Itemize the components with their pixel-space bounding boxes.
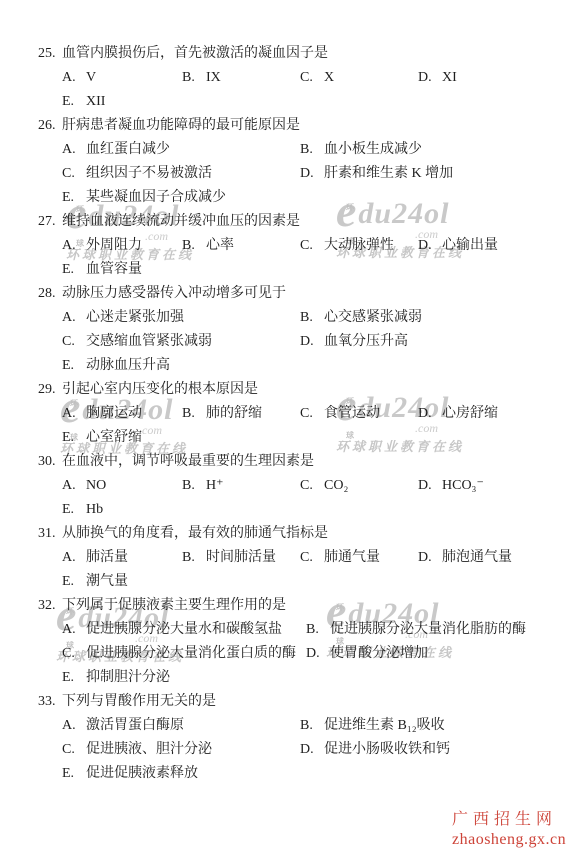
option-text: IX <box>206 70 221 85</box>
option-label: C. <box>300 402 324 426</box>
question-stem: 26.肝病患者凝血功能障碍的最可能原因是 <box>38 114 572 138</box>
option-label: C. <box>62 162 86 186</box>
option: D.心房舒缩 <box>418 402 498 426</box>
option-row: E.Hb <box>38 498 572 522</box>
option-row: E.潮气量 <box>38 570 572 594</box>
option-text: 促进胰腺分泌大量水和碳酸氢盐 <box>86 622 282 637</box>
option: B.时间肺活量 <box>182 546 300 570</box>
option-text: 促进胰液、胆汁分泌 <box>86 742 212 757</box>
option: B.促进维生素 B₁₂吸收 <box>300 714 445 738</box>
option-text: 肺活量 <box>86 550 128 565</box>
option-label: E. <box>62 258 86 282</box>
option-row: A.心迷走紧张加强B.心交感紧张减弱 <box>38 306 572 330</box>
option-text: 某些凝血因子合成减少 <box>86 190 226 205</box>
option-label: E. <box>62 354 86 378</box>
site-stamp: 广西招生网 zhaosheng.gx.cn <box>452 809 566 849</box>
option: B.血小板生成减少 <box>300 138 422 162</box>
option: A.血红蛋白减少 <box>62 138 300 162</box>
option-text: 血管容量 <box>86 262 142 277</box>
question-stem: 29.引起心室内压变化的根本原因是 <box>38 378 572 402</box>
option: B.IX <box>182 66 300 90</box>
option-label: B. <box>182 234 206 258</box>
option-row: C.交感缩血管紧张减弱D.血氧分压升高 <box>38 330 572 354</box>
question-number: 29. <box>38 378 62 402</box>
option: E.心室舒缩 <box>62 426 142 450</box>
option: A.V <box>62 66 182 90</box>
question-number: 32. <box>38 594 62 618</box>
option: C.大动脉弹性 <box>300 234 418 258</box>
option-text: 促进小肠吸收铁和钙 <box>324 742 450 757</box>
question-number: 27. <box>38 210 62 234</box>
option-row: A.肺活量B.时间肺活量C.肺通气量D.肺泡通气量 <box>38 546 572 570</box>
option-label: D. <box>300 162 324 186</box>
option-label: E. <box>62 90 86 114</box>
question-block: 27.维持血液连续流动并缓冲血压的因素是A.外周阻力B.心率C.大动脉弹性D.心… <box>38 210 572 282</box>
question-stem: 31.从肺换气的角度看，最有效的肺通气指标是 <box>38 522 572 546</box>
question-block: 29.引起心室内压变化的根本原因是A.胸廓运动B.肺的舒缩C.食管运动D.心房舒… <box>38 378 572 450</box>
option: C.交感缩血管紧张减弱 <box>62 330 300 354</box>
option-text: 抑制胆汁分泌 <box>86 670 170 685</box>
question-stem-text: 下列属于促胰液素主要生理作用的是 <box>62 598 286 613</box>
option: C.CO₂ <box>300 474 418 498</box>
option-text: 心输出量 <box>442 238 498 253</box>
option-label: A. <box>62 234 86 258</box>
option-row: E.促进促胰液素释放 <box>38 762 572 786</box>
option-row: E.心室舒缩 <box>38 426 572 450</box>
question-number: 33. <box>38 690 62 714</box>
option-row: A.血红蛋白减少B.血小板生成减少 <box>38 138 572 162</box>
option-label: B. <box>182 474 206 498</box>
option: A.促进胰腺分泌大量水和碳酸氢盐 <box>62 618 306 642</box>
option-text: XI <box>442 70 457 85</box>
option-label: D. <box>300 738 324 762</box>
option-label: B. <box>300 306 324 330</box>
question-block: 31.从肺换气的角度看，最有效的肺通气指标是A.肺活量B.时间肺活量C.肺通气量… <box>38 522 572 594</box>
option-text: 心房舒缩 <box>442 406 498 421</box>
option: A.激活胃蛋白酶原 <box>62 714 300 738</box>
option-text: 肺通气量 <box>324 550 380 565</box>
option: A.外周阻力 <box>62 234 182 258</box>
option: E.Hb <box>62 498 103 522</box>
option-label: D. <box>418 66 442 90</box>
question-block: 30.在血液中，调节呼吸最重要的生理因素是A.NOB.H⁺C.CO₂D.HCO₃… <box>38 450 572 522</box>
option-text: 潮气量 <box>86 574 128 589</box>
option-text: 食管运动 <box>324 406 380 421</box>
option-row: E.某些凝血因子合成减少 <box>38 186 572 210</box>
option-label: C. <box>300 66 324 90</box>
option: E.促进促胰液素释放 <box>62 762 198 786</box>
option-text: 大动脉弹性 <box>324 238 394 253</box>
option-row: A.促进胰腺分泌大量水和碳酸氢盐B.促进胰腺分泌大量消化脂肪的酶 <box>38 618 572 642</box>
option-label: A. <box>62 714 86 738</box>
option: C.肺通气量 <box>300 546 418 570</box>
option-text: 血氧分压升高 <box>324 334 408 349</box>
option-text: 肺泡通气量 <box>442 550 512 565</box>
question-stem-text: 维持血液连续流动并缓冲血压的因素是 <box>62 214 300 229</box>
option-label: C. <box>62 330 86 354</box>
option-label: D. <box>418 474 442 498</box>
option-row: E.血管容量 <box>38 258 572 282</box>
option: E.潮气量 <box>62 570 128 594</box>
option-label: B. <box>182 402 206 426</box>
question-block: 25.血管内膜损伤后，首先被激活的凝血因子是A.VB.IXC.XD.XIE.XI… <box>38 42 572 114</box>
option: E.某些凝血因子合成减少 <box>62 186 226 210</box>
option: D.使胃酸分泌增加 <box>306 642 428 666</box>
option: C.食管运动 <box>300 402 418 426</box>
option-label: D. <box>306 642 330 666</box>
option: D.HCO₃⁻ <box>418 474 484 498</box>
option-label: C. <box>62 642 86 666</box>
question-list: 25.血管内膜损伤后，首先被激活的凝血因子是A.VB.IXC.XD.XIE.XI… <box>38 42 572 786</box>
option: B.促进胰腺分泌大量消化脂肪的酶 <box>306 618 526 642</box>
option: D.促进小肠吸收铁和钙 <box>300 738 450 762</box>
option-row: A.胸廓运动B.肺的舒缩C.食管运动D.心房舒缩 <box>38 402 572 426</box>
question-number: 31. <box>38 522 62 546</box>
option-label: D. <box>418 234 442 258</box>
exam-page: e环球du24ol.com环球职业教育在线e环球du24ol.com环球职业教育… <box>0 0 580 855</box>
question-stem: 30.在血液中，调节呼吸最重要的生理因素是 <box>38 450 572 474</box>
option-row: E.抑制胆汁分泌 <box>38 666 572 690</box>
question-stem: 32.下列属于促胰液素主要生理作用的是 <box>38 594 572 618</box>
option-label: E. <box>62 498 86 522</box>
option-text: Hb <box>86 502 103 517</box>
option: A.NO <box>62 474 182 498</box>
option-label: E. <box>62 762 86 786</box>
option-row: E.动脉血压升高 <box>38 354 572 378</box>
option-label: B. <box>182 66 206 90</box>
option-text: 促进维生素 B₁₂吸收 <box>324 718 445 733</box>
option-label: C. <box>300 546 324 570</box>
option-text: 促进促胰液素释放 <box>86 766 198 781</box>
option-row: A.激活胃蛋白酶原B.促进维生素 B₁₂吸收 <box>38 714 572 738</box>
question-stem-text: 动脉压力感受器传入冲动增多可见于 <box>62 286 286 301</box>
option-text: 肺的舒缩 <box>206 406 262 421</box>
question-stem: 27.维持血液连续流动并缓冲血压的因素是 <box>38 210 572 234</box>
question-block: 33.下列与胃酸作用无关的是A.激活胃蛋白酶原B.促进维生素 B₁₂吸收C.促进… <box>38 690 572 786</box>
question-stem-text: 肝病患者凝血功能障碍的最可能原因是 <box>62 118 300 133</box>
option-text: 交感缩血管紧张减弱 <box>86 334 212 349</box>
option: C.促进胰液、胆汁分泌 <box>62 738 300 762</box>
question-stem-text: 引起心室内压变化的根本原因是 <box>62 382 258 397</box>
option-text: 时间肺活量 <box>206 550 276 565</box>
option-text: 促进胰腺分泌大量消化脂肪的酶 <box>330 622 526 637</box>
question-stem-text: 血管内膜损伤后，首先被激活的凝血因子是 <box>62 46 328 61</box>
option-label: A. <box>62 474 86 498</box>
option-label: A. <box>62 402 86 426</box>
option-row: A.NOB.H⁺C.CO₂D.HCO₃⁻ <box>38 474 572 498</box>
option-text: CO₂ <box>324 478 348 493</box>
option: D.肺泡通气量 <box>418 546 512 570</box>
option: B.心率 <box>182 234 300 258</box>
option: E.抑制胆汁分泌 <box>62 666 170 690</box>
option-text: 血小板生成减少 <box>324 142 422 157</box>
option-text: 组织因子不易被激活 <box>86 166 212 181</box>
option-label: A. <box>62 618 86 642</box>
option-label: B. <box>300 138 324 162</box>
option-text: 肝素和维生素 K 增加 <box>324 166 453 181</box>
option-row: C.组织因子不易被激活D.肝素和维生素 K 增加 <box>38 162 572 186</box>
option-label: B. <box>306 618 330 642</box>
option: C.促进胰腺分泌大量消化蛋白质的酶 <box>62 642 306 666</box>
option-label: E. <box>62 570 86 594</box>
question-number: 25. <box>38 42 62 66</box>
site-stamp-name: 广西招生网 <box>452 809 566 830</box>
option: D.血氧分压升高 <box>300 330 408 354</box>
question-number: 28. <box>38 282 62 306</box>
option-label: D. <box>300 330 324 354</box>
option-text: 促进胰腺分泌大量消化蛋白质的酶 <box>86 646 296 661</box>
question-block: 32.下列属于促胰液素主要生理作用的是A.促进胰腺分泌大量水和碳酸氢盐B.促进胰… <box>38 594 572 690</box>
option: B.H⁺ <box>182 474 300 498</box>
option-label: C. <box>300 474 324 498</box>
option-text: 胸廓运动 <box>86 406 142 421</box>
option-label: D. <box>418 546 442 570</box>
option-label: A. <box>62 66 86 90</box>
option-text: 心交感紧张减弱 <box>324 310 422 325</box>
option-row: A.外周阻力B.心率C.大动脉弹性D.心输出量 <box>38 234 572 258</box>
option-label: A. <box>62 306 86 330</box>
option: A.心迷走紧张加强 <box>62 306 300 330</box>
question-stem: 33.下列与胃酸作用无关的是 <box>38 690 572 714</box>
question-stem-text: 下列与胃酸作用无关的是 <box>62 694 216 709</box>
option-text: XII <box>86 94 105 109</box>
option-label: A. <box>62 546 86 570</box>
option-text: V <box>86 70 96 85</box>
option: D.肝素和维生素 K 增加 <box>300 162 453 186</box>
option: A.肺活量 <box>62 546 182 570</box>
option-label: C. <box>300 234 324 258</box>
option-label: C. <box>62 738 86 762</box>
option-text: X <box>324 70 334 85</box>
site-stamp-url: zhaosheng.gx.cn <box>452 830 566 849</box>
question-stem-text: 在血液中，调节呼吸最重要的生理因素是 <box>62 454 314 469</box>
question-number: 30. <box>38 450 62 474</box>
option-text: 心迷走紧张加强 <box>86 310 184 325</box>
question-block: 26.肝病患者凝血功能障碍的最可能原因是A.血红蛋白减少B.血小板生成减少C.组… <box>38 114 572 210</box>
option-text: 血红蛋白减少 <box>86 142 170 157</box>
option: C.X <box>300 66 418 90</box>
option-text: HCO₃⁻ <box>442 478 484 493</box>
option-text: 使胃酸分泌增加 <box>330 646 428 661</box>
question-stem: 25.血管内膜损伤后，首先被激活的凝血因子是 <box>38 42 572 66</box>
option-text: 心率 <box>206 238 234 253</box>
option-label: D. <box>418 402 442 426</box>
option-label: B. <box>182 546 206 570</box>
question-number: 26. <box>38 114 62 138</box>
question-block: 28.动脉压力感受器传入冲动增多可见于A.心迷走紧张加强B.心交感紧张减弱C.交… <box>38 282 572 378</box>
option: B.心交感紧张减弱 <box>300 306 422 330</box>
option-label: E. <box>62 186 86 210</box>
option: C.组织因子不易被激活 <box>62 162 300 186</box>
option: D.XI <box>418 66 457 90</box>
question-stem: 28.动脉压力感受器传入冲动增多可见于 <box>38 282 572 306</box>
option-row: A.VB.IXC.XD.XI <box>38 66 572 90</box>
option: A.胸廓运动 <box>62 402 182 426</box>
option-row: C.促进胰液、胆汁分泌D.促进小肠吸收铁和钙 <box>38 738 572 762</box>
option-label: B. <box>300 714 324 738</box>
option-text: 动脉血压升高 <box>86 358 170 373</box>
option-text: 外周阻力 <box>86 238 142 253</box>
option: B.肺的舒缩 <box>182 402 300 426</box>
option-row: C.促进胰腺分泌大量消化蛋白质的酶D.使胃酸分泌增加 <box>38 642 572 666</box>
option-label: E. <box>62 426 86 450</box>
option-text: 激活胃蛋白酶原 <box>86 718 184 733</box>
option-text: NO <box>86 478 106 493</box>
option: E.血管容量 <box>62 258 142 282</box>
option: D.心输出量 <box>418 234 498 258</box>
question-stem-text: 从肺换气的角度看，最有效的肺通气指标是 <box>62 526 328 541</box>
option-label: A. <box>62 138 86 162</box>
option-label: E. <box>62 666 86 690</box>
option: E.动脉血压升高 <box>62 354 170 378</box>
option-row: E.XII <box>38 90 572 114</box>
option-text: H⁺ <box>206 478 224 493</box>
option: E.XII <box>62 90 105 114</box>
option-text: 心室舒缩 <box>86 430 142 445</box>
